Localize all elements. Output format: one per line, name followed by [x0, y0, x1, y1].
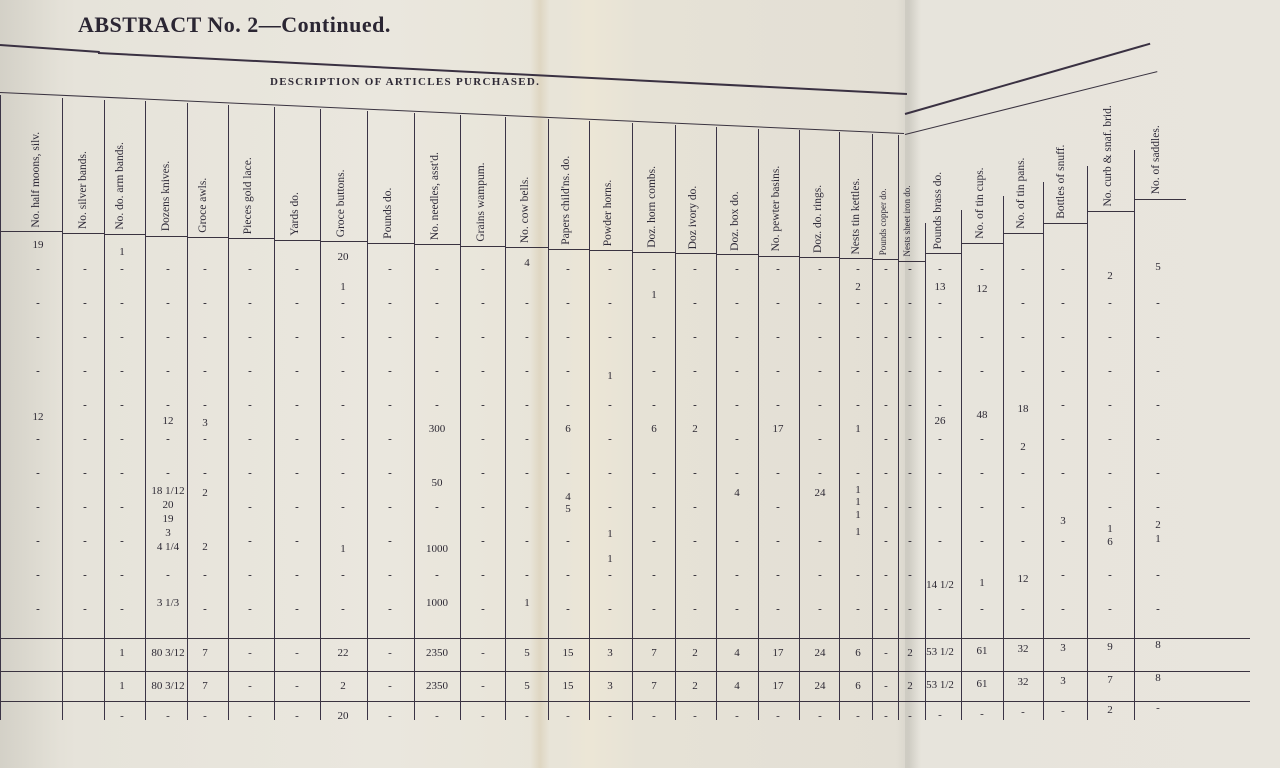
- empty-dash: -: [634, 535, 674, 547]
- totals-cell: -: [1003, 706, 1043, 718]
- totals-cell: 24: [800, 647, 840, 659]
- totals-cell: -: [675, 710, 715, 722]
- empty-dash: -: [590, 331, 630, 343]
- table-cell: 18 1/12: [148, 485, 188, 497]
- totals-cell: 61: [962, 645, 1002, 657]
- table-cell: 24: [800, 487, 840, 499]
- column-header: No. of saddles.: [1150, 147, 1162, 194]
- header-bottom-rule: [1134, 199, 1186, 200]
- totals-cell: 1: [102, 680, 142, 692]
- empty-dash: -: [277, 365, 317, 377]
- empty-dash: -: [548, 467, 588, 479]
- table-cell: 13: [920, 281, 960, 293]
- empty-dash: -: [230, 331, 270, 343]
- empty-dash: -: [65, 569, 105, 581]
- column-header: No. of tin pans.: [1015, 195, 1027, 229]
- empty-dash: -: [102, 297, 142, 309]
- empty-dash: -: [1003, 501, 1043, 513]
- empty-dash: -: [65, 535, 105, 547]
- table-cell: 4: [548, 491, 588, 503]
- empty-dash: -: [277, 501, 317, 513]
- totals-cell: -: [507, 710, 547, 722]
- empty-dash: -: [800, 399, 840, 411]
- empty-dash: -: [675, 399, 715, 411]
- table-cell: 3: [185, 417, 225, 429]
- totals-cell: 5: [507, 680, 547, 692]
- empty-dash: -: [590, 501, 630, 513]
- empty-dash: -: [277, 467, 317, 479]
- column-header: Nests tin kettles.: [850, 139, 862, 255]
- column-divider: [274, 107, 275, 720]
- empty-dash: -: [1090, 467, 1130, 479]
- empty-dash: -: [675, 365, 715, 377]
- header-bottom-rule: [505, 247, 548, 248]
- empty-dash: -: [277, 535, 317, 547]
- empty-dash: -: [370, 399, 410, 411]
- empty-dash: -: [463, 365, 503, 377]
- empty-dash: -: [800, 467, 840, 479]
- totals-cell: 7: [185, 680, 225, 692]
- empty-dash: -: [65, 399, 105, 411]
- header-bottom-rule: [758, 256, 799, 257]
- totals-cell: 80 3/12: [148, 680, 188, 692]
- empty-dash: -: [463, 297, 503, 309]
- totals-cell: -: [548, 710, 588, 722]
- header-bottom-rule: [839, 258, 872, 259]
- empty-dash: -: [417, 365, 457, 377]
- empty-dash: -: [102, 331, 142, 343]
- empty-dash: -: [1090, 501, 1130, 513]
- empty-dash: -: [463, 535, 503, 547]
- empty-dash: -: [507, 501, 547, 513]
- empty-dash: -: [758, 569, 798, 581]
- empty-dash: -: [1138, 331, 1178, 343]
- empty-dash: -: [590, 603, 630, 615]
- empty-dash: -: [323, 297, 363, 309]
- empty-dash: -: [65, 501, 105, 513]
- totals-cell: -: [230, 647, 270, 659]
- column-divider: [898, 135, 899, 720]
- column-header: No. do. arm bands.: [114, 106, 126, 230]
- empty-dash: -: [370, 263, 410, 275]
- empty-dash: -: [800, 297, 840, 309]
- table-cell: 3: [148, 527, 188, 539]
- column-divider: [505, 117, 506, 720]
- totals-cell: -: [1138, 702, 1178, 714]
- empty-dash: -: [800, 365, 840, 377]
- empty-dash: -: [1043, 433, 1083, 445]
- empty-dash: -: [277, 603, 317, 615]
- table-cell: 1: [323, 543, 363, 555]
- empty-dash: -: [507, 433, 547, 445]
- header-rule: [98, 52, 907, 95]
- totals-cell: -: [590, 710, 630, 722]
- empty-dash: -: [1138, 365, 1178, 377]
- column-header: No. half moons, silv.: [30, 103, 42, 228]
- column-header: Pieces gold lace.: [242, 112, 254, 234]
- empty-dash: -: [463, 467, 503, 479]
- empty-dash: -: [1003, 331, 1043, 343]
- empty-dash: -: [230, 263, 270, 275]
- empty-dash: -: [758, 603, 798, 615]
- empty-dash: -: [102, 263, 142, 275]
- empty-dash: -: [463, 603, 503, 615]
- empty-dash: -: [717, 467, 757, 479]
- totals-cell: 15: [548, 647, 588, 659]
- header-bottom-rule: [898, 261, 925, 262]
- empty-dash: -: [507, 399, 547, 411]
- header-bottom-rule: [1087, 211, 1134, 212]
- table-cell: 1: [590, 528, 630, 540]
- empty-dash: -: [920, 603, 960, 615]
- empty-dash: -: [1090, 331, 1130, 343]
- table-cell: 19: [148, 513, 188, 525]
- empty-dash: -: [1090, 297, 1130, 309]
- empty-dash: -: [185, 569, 225, 581]
- empty-dash: -: [65, 365, 105, 377]
- totals-cell: -: [370, 647, 410, 659]
- column-header: Pounds brass do.: [932, 224, 944, 250]
- empty-dash: -: [675, 569, 715, 581]
- table-cell: 1: [962, 577, 1002, 589]
- column-header: Yards do.: [289, 114, 301, 236]
- empty-dash: -: [548, 297, 588, 309]
- totals-cell: -: [277, 680, 317, 692]
- empty-dash: -: [800, 263, 840, 275]
- totals-cell: 32: [1003, 643, 1043, 655]
- empty-dash: -: [800, 433, 840, 445]
- column-divider: [187, 103, 188, 720]
- totals-cell: 3: [1043, 675, 1083, 687]
- table-cell: 1: [1090, 523, 1130, 535]
- empty-dash: -: [102, 535, 142, 547]
- empty-dash: -: [634, 365, 674, 377]
- empty-dash: -: [1090, 365, 1130, 377]
- empty-dash: -: [717, 603, 757, 615]
- empty-dash: -: [1138, 501, 1178, 513]
- totals-cell: -: [370, 680, 410, 692]
- table-cell: 4: [507, 257, 547, 269]
- empty-dash: -: [717, 399, 757, 411]
- empty-dash: -: [463, 331, 503, 343]
- empty-dash: -: [370, 535, 410, 547]
- table-cell: 20: [148, 499, 188, 511]
- empty-dash: -: [230, 569, 270, 581]
- header-bottom-rule: [414, 244, 460, 245]
- empty-dash: -: [323, 603, 363, 615]
- empty-dash: -: [1090, 603, 1130, 615]
- column-header: Doz. box do.: [729, 134, 741, 251]
- empty-dash: -: [675, 297, 715, 309]
- empty-dash: -: [230, 467, 270, 479]
- totals-cell: 4: [717, 647, 757, 659]
- table-cell: 4: [717, 487, 757, 499]
- table-cell: 19: [18, 239, 58, 251]
- empty-dash: -: [507, 535, 547, 547]
- empty-dash: -: [18, 467, 58, 479]
- empty-dash: -: [1138, 569, 1178, 581]
- table-cell: 12: [1003, 573, 1043, 585]
- totals-cell: -: [758, 710, 798, 722]
- empty-dash: -: [1003, 467, 1043, 479]
- empty-dash: -: [65, 603, 105, 615]
- totals-cell: -: [962, 708, 1002, 720]
- empty-dash: -: [1003, 365, 1043, 377]
- totals-cell: -: [417, 710, 457, 722]
- column-divider: [548, 119, 549, 720]
- table-cell: 1000: [417, 543, 457, 555]
- header-bottom-rule: [589, 250, 632, 251]
- totals-cell: 17: [758, 647, 798, 659]
- empty-dash: -: [717, 365, 757, 377]
- table-header-rule: [0, 92, 904, 134]
- totals-cell: 53 1/2: [920, 646, 960, 658]
- empty-dash: -: [323, 399, 363, 411]
- empty-dash: -: [102, 569, 142, 581]
- table-cell: 5: [548, 503, 588, 515]
- totals-cell: -: [1043, 705, 1083, 717]
- empty-dash: -: [507, 331, 547, 343]
- empty-dash: -: [800, 569, 840, 581]
- empty-dash: -: [323, 365, 363, 377]
- header-bottom-rule: [1043, 223, 1087, 224]
- empty-dash: -: [548, 263, 588, 275]
- column-header: Papers child'ns. do.: [560, 126, 572, 245]
- column-header: Groce buttons.: [335, 116, 347, 237]
- totals-cell: -: [370, 710, 410, 722]
- empty-dash: -: [277, 331, 317, 343]
- empty-dash: -: [1138, 433, 1178, 445]
- empty-dash: -: [758, 365, 798, 377]
- column-divider: [799, 130, 800, 720]
- empty-dash: -: [230, 365, 270, 377]
- header-bottom-rule: [632, 252, 675, 253]
- table-cell: 2: [675, 423, 715, 435]
- empty-dash: -: [102, 603, 142, 615]
- column-divider: [460, 115, 461, 720]
- totals-cell: 2350: [417, 647, 457, 659]
- empty-dash: -: [65, 433, 105, 445]
- empty-dash: -: [590, 399, 630, 411]
- totals-cell: 4: [717, 680, 757, 692]
- column-divider: [1087, 166, 1088, 720]
- column-divider: [414, 113, 415, 720]
- empty-dash: -: [717, 569, 757, 581]
- table-cell: 12: [962, 283, 1002, 295]
- empty-dash: -: [323, 501, 363, 513]
- totals-cell: -: [717, 710, 757, 722]
- empty-dash: -: [370, 297, 410, 309]
- column-header: Bottles of snuff.: [1055, 181, 1067, 219]
- totals-cell: 22: [323, 647, 363, 659]
- table-cell: 6: [1090, 536, 1130, 548]
- totals-cell: -: [277, 647, 317, 659]
- column-divider: [62, 98, 63, 720]
- empty-dash: -: [1003, 603, 1043, 615]
- empty-dash: -: [417, 501, 457, 513]
- empty-dash: -: [758, 399, 798, 411]
- empty-dash: -: [277, 569, 317, 581]
- table-cell: 6: [548, 423, 588, 435]
- empty-dash: -: [417, 569, 457, 581]
- totals-cell: -: [920, 709, 960, 721]
- table-cell: 2: [1138, 519, 1178, 531]
- totals-cell: 53 1/2: [920, 679, 960, 691]
- table-cell: 1: [323, 281, 363, 293]
- totals-cell: 15: [548, 680, 588, 692]
- empty-dash: -: [1090, 399, 1130, 411]
- empty-dash: -: [634, 399, 674, 411]
- header-bottom-rule: [104, 234, 145, 235]
- column-header: No. pewter basins.: [770, 135, 782, 251]
- column-divider: [0, 95, 1, 720]
- empty-dash: -: [102, 467, 142, 479]
- header-bottom-rule: [716, 254, 758, 255]
- empty-dash: -: [800, 603, 840, 615]
- empty-dash: -: [590, 569, 630, 581]
- totals-cell: -: [277, 710, 317, 722]
- header-bottom-rule: [62, 233, 104, 234]
- empty-dash: -: [65, 297, 105, 309]
- empty-dash: -: [1043, 297, 1083, 309]
- column-header: No. needles, asst'd.: [429, 120, 441, 240]
- column-header: No. cow bells.: [519, 124, 531, 243]
- empty-dash: -: [1090, 433, 1130, 445]
- totals-cell: 24: [800, 680, 840, 692]
- empty-dash: -: [148, 467, 188, 479]
- empty-dash: -: [590, 263, 630, 275]
- header-bottom-rule: [274, 240, 320, 241]
- empty-dash: -: [634, 603, 674, 615]
- empty-dash: -: [18, 569, 58, 581]
- column-header: Groce awls.: [197, 110, 209, 233]
- column-divider: [589, 121, 590, 720]
- empty-dash: -: [717, 263, 757, 275]
- empty-dash: -: [185, 365, 225, 377]
- empty-dash: -: [417, 297, 457, 309]
- empty-dash: -: [417, 399, 457, 411]
- table-cell: 1: [590, 370, 630, 382]
- empty-dash: -: [920, 501, 960, 513]
- empty-dash: -: [18, 263, 58, 275]
- table-cell: 1000: [417, 597, 457, 609]
- empty-dash: -: [920, 297, 960, 309]
- header-bottom-rule: [675, 253, 716, 254]
- empty-dash: -: [277, 399, 317, 411]
- table-cell: 2: [185, 541, 225, 553]
- table-cell: 1: [590, 553, 630, 565]
- empty-dash: -: [1138, 467, 1178, 479]
- empty-dash: -: [102, 501, 142, 513]
- empty-dash: -: [920, 365, 960, 377]
- table-cell: 50: [417, 477, 457, 489]
- empty-dash: -: [1138, 399, 1178, 411]
- empty-dash: -: [370, 603, 410, 615]
- totals-cell: -: [463, 710, 503, 722]
- empty-dash: -: [634, 501, 674, 513]
- totals-cell: 32: [1003, 676, 1043, 688]
- empty-dash: -: [548, 331, 588, 343]
- column-divider: [320, 109, 321, 720]
- empty-dash: -: [548, 399, 588, 411]
- totals-cell: 80 3/12: [148, 647, 188, 659]
- empty-dash: -: [717, 535, 757, 547]
- empty-dash: -: [1043, 467, 1083, 479]
- column-header: Dozens knives.: [160, 108, 172, 231]
- empty-dash: -: [65, 263, 105, 275]
- totals-cell: -: [463, 680, 503, 692]
- table-cell: 1: [838, 484, 878, 496]
- header-bottom-rule: [145, 236, 187, 237]
- totals-cell: 7: [185, 647, 225, 659]
- empty-dash: -: [185, 467, 225, 479]
- column-divider: [1134, 150, 1135, 720]
- empty-dash: -: [920, 331, 960, 343]
- totals-cell: -: [148, 710, 188, 722]
- table-cell: 1: [634, 289, 674, 301]
- totals-cell: 5: [507, 647, 547, 659]
- header-bottom-rule: [961, 243, 1003, 244]
- empty-dash: -: [148, 433, 188, 445]
- empty-dash: -: [758, 535, 798, 547]
- column-header: Powder horns.: [602, 128, 614, 246]
- totals-cell: 1: [102, 647, 142, 659]
- empty-dash: -: [417, 263, 457, 275]
- table-cell: 18: [1003, 403, 1043, 415]
- table-cell: 1: [102, 246, 142, 258]
- table-cell: 26: [920, 415, 960, 427]
- totals-rule: [0, 671, 1250, 672]
- empty-dash: -: [590, 433, 630, 445]
- column-header: No. silver bands.: [77, 105, 89, 229]
- empty-dash: -: [962, 467, 1002, 479]
- column-header: Pounds copper do.: [878, 140, 888, 255]
- table-cell: 5: [1138, 261, 1178, 273]
- table-cell: 3 1/3: [148, 597, 188, 609]
- column-divider: [716, 127, 717, 720]
- empty-dash: -: [758, 501, 798, 513]
- empty-dash: -: [800, 331, 840, 343]
- column-header: Doz ivory do.: [687, 132, 699, 249]
- totals-cell: 7: [1090, 674, 1130, 686]
- totals-cell: -: [230, 710, 270, 722]
- empty-dash: -: [634, 467, 674, 479]
- empty-dash: -: [185, 297, 225, 309]
- document-page: ABSTRACT No. 2—Continued. DESCRIPTION OF…: [0, 0, 1280, 768]
- empty-dash: -: [230, 297, 270, 309]
- column-header: Doz. horn combs.: [646, 130, 658, 248]
- totals-cell: 3: [590, 680, 630, 692]
- totals-cell: 8: [1138, 639, 1178, 651]
- empty-dash: -: [1043, 399, 1083, 411]
- empty-dash: -: [323, 433, 363, 445]
- table-cell: 20: [323, 251, 363, 263]
- column-header: Grains wampum.: [475, 122, 487, 242]
- table-cell: 6: [634, 423, 674, 435]
- totals-cell: 2: [675, 647, 715, 659]
- empty-dash: -: [18, 501, 58, 513]
- empty-dash: -: [758, 263, 798, 275]
- column-header: No. curb & snaf. brid.: [1102, 164, 1114, 207]
- empty-dash: -: [185, 399, 225, 411]
- empty-dash: -: [548, 569, 588, 581]
- page-title: ABSTRACT No. 2—Continued.: [78, 12, 391, 38]
- empty-dash: -: [717, 297, 757, 309]
- empty-dash: -: [148, 569, 188, 581]
- empty-dash: -: [65, 331, 105, 343]
- totals-cell: 2: [675, 680, 715, 692]
- empty-dash: -: [463, 569, 503, 581]
